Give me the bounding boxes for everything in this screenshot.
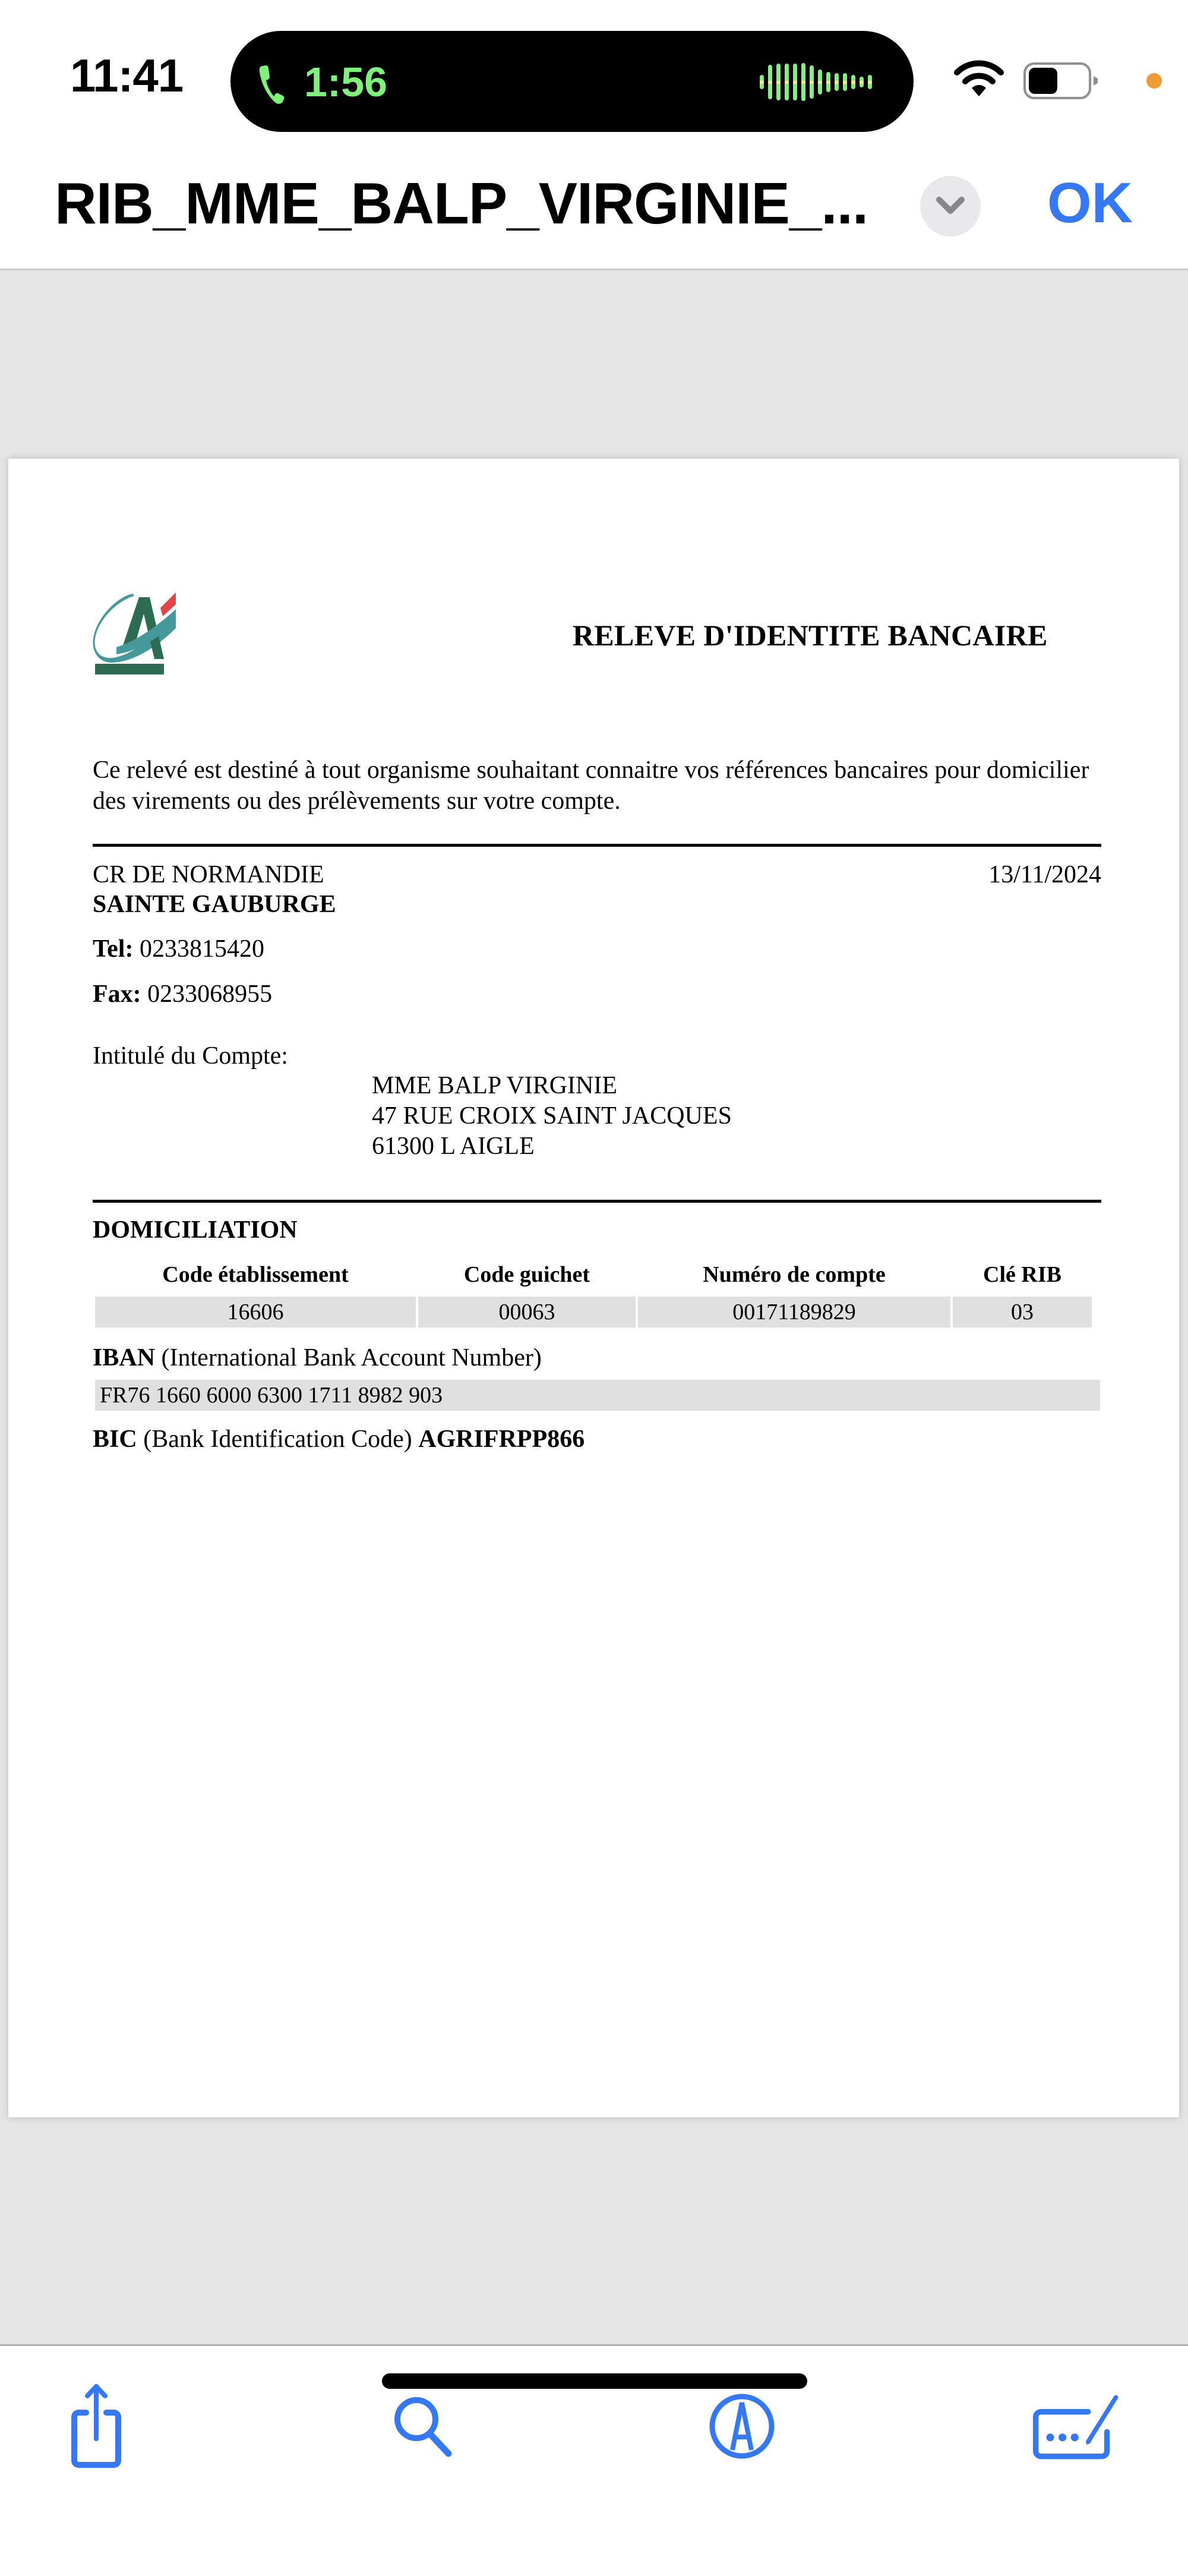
table-header-bank-code: Code établissement: [95, 1261, 416, 1288]
pdf-page: RELEVE D'IDENTITE BANCAIRE Ce relevé est…: [8, 459, 1179, 2117]
privacy-indicator-dot: [1146, 73, 1162, 89]
fill-and-sign-icon: [1032, 2391, 1121, 2462]
document-date: 13/11/2024: [988, 860, 1101, 890]
rib-key-value: 03: [953, 1297, 1092, 1328]
account-holder-name: MME BALP VIRGINIE: [372, 1071, 617, 1101]
status-time: 11:41: [70, 52, 183, 99]
bank-code-value: 16606: [95, 1297, 416, 1328]
iban-label-line: IBAN (International Bank Account Number): [93, 1343, 542, 1373]
intro-text: Ce relevé est destiné à tout organisme s…: [93, 755, 1114, 816]
bottom-toolbar: [0, 2344, 1188, 2576]
iban-description: (International Bank Account Number): [162, 1344, 542, 1371]
branch-code-value: 00063: [418, 1297, 636, 1328]
bic-description: (Bank Identification Code): [143, 1426, 412, 1453]
domiciliation-title: DOMICILIATION: [93, 1215, 298, 1245]
bic-line: BIC (Bank Identification Code) AGRIFRPP8…: [93, 1424, 584, 1454]
fill-and-sign-button[interactable]: [1032, 2382, 1121, 2471]
table-header-account-number: Numéro de compte: [638, 1261, 950, 1288]
table-header-branch-code: Code guichet: [418, 1261, 636, 1288]
table-header-rib-key: Clé RIB: [953, 1261, 1092, 1288]
dynamic-island-call[interactable]: 1:56: [230, 31, 914, 132]
account-number-value: 00171189829: [638, 1297, 950, 1328]
status-bar: 11:41 1:56: [0, 0, 1188, 146]
fax-label: Fax:: [93, 980, 141, 1008]
iban-label: IBAN: [93, 1344, 155, 1371]
document-title[interactable]: RIB_MME_BALP_VIRGINIE_...: [55, 172, 868, 236]
share-icon: [61, 2382, 132, 2471]
battery-icon: [1023, 62, 1099, 100]
iban-value: FR76 1660 6000 6300 1711 8982 903: [95, 1380, 1100, 1411]
call-duration: 1:56: [304, 59, 387, 105]
phone-number: 0233815420: [140, 935, 264, 963]
search-button[interactable]: [378, 2382, 467, 2471]
credit-agricole-logo: [93, 592, 209, 674]
document-heading: RELEVE D'IDENTITE BANCAIRE: [573, 618, 1048, 652]
markup-button[interactable]: [697, 2382, 786, 2471]
home-indicator[interactable]: [382, 2373, 807, 2389]
fax-line: Fax: 0233068955: [93, 979, 272, 1009]
phone-icon: [259, 64, 285, 105]
title-menu-button[interactable]: [920, 176, 981, 237]
account-holder-street: 47 RUE CROIX SAINT JACQUES: [372, 1101, 732, 1131]
account-holder-city: 61300 L AIGLE: [372, 1131, 535, 1161]
divider: [93, 844, 1101, 847]
share-button[interactable]: [52, 2382, 141, 2471]
bank-name: CR DE NORMANDIE: [93, 860, 324, 890]
divider: [93, 1200, 1101, 1203]
markup-pen-icon: [706, 2391, 778, 2462]
search-icon: [387, 2391, 458, 2462]
account-holder-label: Intitulé du Compte:: [93, 1041, 288, 1071]
phone-label: Tel:: [93, 935, 133, 963]
bic-value: AGRIFRPP866: [418, 1426, 584, 1453]
document-title-bar: RIB_MME_BALP_VIRGINIE_... OK: [0, 146, 1188, 270]
chevron-down-icon: [936, 195, 965, 217]
bic-label: BIC: [93, 1426, 137, 1453]
fax-number: 0233068955: [147, 980, 272, 1008]
wifi-icon: [953, 59, 1004, 99]
document-viewer[interactable]: RELEVE D'IDENTITE BANCAIRE Ce relevé est…: [0, 270, 1188, 2344]
ok-button[interactable]: OK: [1047, 172, 1133, 235]
audio-waveform-icon: [760, 63, 872, 101]
phone-line: Tel: 0233815420: [93, 934, 264, 964]
branch-name: SAINTE GAUBURGE: [93, 890, 336, 919]
